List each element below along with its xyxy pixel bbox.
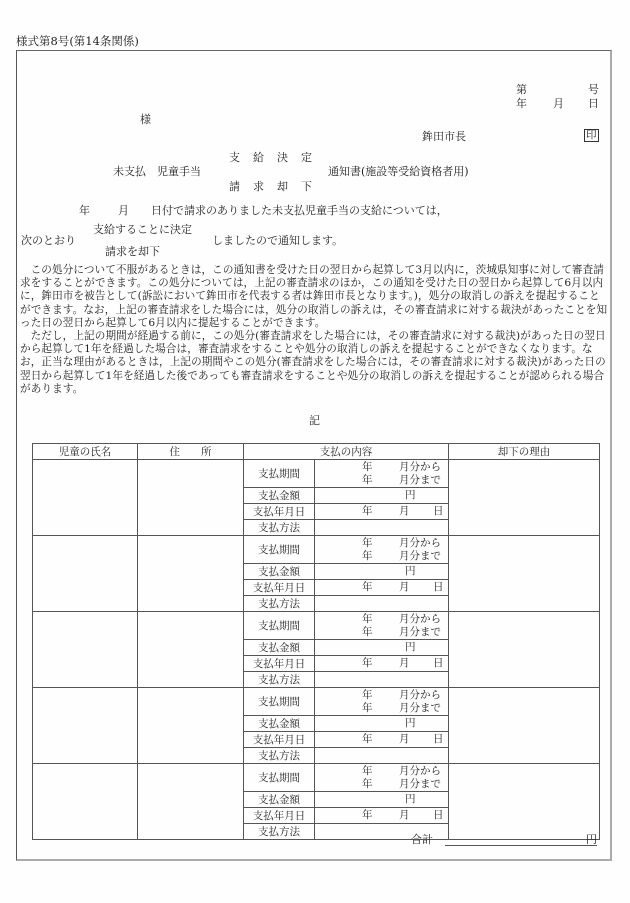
payment-amount-cell[interactable]: 円	[315, 716, 449, 732]
title-left: 未支払 児童手当	[113, 166, 201, 177]
total-underline	[445, 845, 597, 846]
payment-date-day: 日	[433, 658, 444, 669]
intro-suffix: しましたので通知します。	[212, 235, 343, 246]
label-payment-amount: 支払金額	[244, 488, 315, 504]
child-name-cell[interactable]	[33, 688, 138, 764]
period-from-month: 月分から	[399, 690, 441, 701]
payment-date-day: 日	[433, 810, 444, 821]
payment-amount-cell[interactable]: 円	[315, 640, 449, 656]
label-payment-amount: 支払金額	[244, 640, 315, 656]
payment-date-year: 年	[362, 734, 373, 745]
period-from-year: 年	[362, 690, 373, 701]
payment-table: 児童の氏名 住 所 支払の内容 却下の理由 支払期間 年 月分から 年 月分まで…	[32, 443, 600, 840]
label-payment-amount: 支払金額	[244, 716, 315, 732]
payment-period-cell[interactable]: 年 月分から 年 月分まで	[315, 612, 449, 640]
label-payment-date: 支払年月日	[244, 504, 315, 520]
label-payment-method: 支払方法	[244, 672, 315, 688]
payment-date-cell[interactable]: 年 月 日	[315, 656, 449, 672]
amount-unit: 円	[405, 794, 416, 805]
period-to-month: 月分まで	[399, 779, 441, 790]
child-name-cell[interactable]	[33, 612, 138, 688]
payment-date-year: 年	[362, 658, 373, 669]
period-from-month: 月分から	[399, 462, 441, 473]
intro-option-reject[interactable]: 請求を却下	[105, 246, 160, 257]
payment-method-cell[interactable]	[315, 596, 449, 612]
address-cell[interactable]	[138, 612, 244, 688]
payment-date-year: 年	[362, 582, 373, 593]
appeal-paragraph-1: この処分について不服があるときは，この通知書を受けた日の翌日から起算して3月以内…	[20, 264, 610, 330]
payment-date-cell[interactable]: 年 月 日	[315, 504, 449, 520]
payment-amount-cell[interactable]: 円	[315, 792, 449, 808]
document-number-field[interactable]	[514, 84, 594, 96]
date-day-label: 日	[588, 98, 599, 109]
period-to-year: 年	[362, 779, 373, 790]
payment-period-cell[interactable]: 年 月分から 年 月分まで	[315, 764, 449, 792]
payment-date-year: 年	[362, 506, 373, 517]
table-row: 支払期間 年 月分から 年 月分まで	[33, 536, 600, 564]
addressee-suffix: 様	[140, 114, 151, 125]
label-payment-period: 支払期間	[244, 612, 315, 640]
period-to-month: 月分まで	[399, 475, 441, 486]
number-suffix: 号	[588, 84, 599, 95]
amount-unit: 円	[405, 642, 416, 653]
period-to-year: 年	[362, 703, 373, 714]
address-cell[interactable]	[138, 536, 244, 612]
label-payment-date: 支払年月日	[244, 808, 315, 824]
rejection-reason-cell[interactable]	[449, 764, 600, 840]
period-from-month: 月分から	[399, 766, 441, 777]
intro-prefix: 次のとおり	[21, 235, 76, 246]
addressee-name-field[interactable]	[20, 112, 135, 126]
payment-date-month: 月	[399, 582, 410, 593]
period-from-month: 月分から	[399, 538, 441, 549]
child-name-cell[interactable]	[33, 460, 138, 536]
payment-amount-cell[interactable]: 円	[315, 488, 449, 504]
payment-period-cell[interactable]: 年 月分から 年 月分まで	[315, 460, 449, 488]
amount-unit: 円	[405, 490, 416, 501]
title-option-reject[interactable]: 請 求 却 下	[229, 181, 313, 192]
label-payment-amount: 支払金額	[244, 792, 315, 808]
amount-unit: 円	[405, 718, 416, 729]
label-payment-method: 支払方法	[244, 824, 315, 840]
label-payment-method: 支払方法	[244, 748, 315, 764]
address-cell[interactable]	[138, 764, 244, 840]
intro-month: 月	[118, 205, 129, 216]
amount-unit: 円	[405, 566, 416, 577]
child-name-cell[interactable]	[33, 536, 138, 612]
payment-date-month: 月	[399, 658, 410, 669]
table-row: 支払期間 年 月分から 年 月分まで	[33, 460, 600, 488]
payment-amount-cell[interactable]: 円	[315, 564, 449, 580]
payment-method-cell[interactable]	[315, 520, 449, 536]
payment-period-cell[interactable]: 年 月分から 年 月分まで	[315, 688, 449, 716]
table-row: 支払期間 年 月分から 年 月分まで	[33, 688, 600, 716]
label-payment-period: 支払期間	[244, 460, 315, 488]
payment-date-month: 月	[399, 734, 410, 745]
label-payment-period: 支払期間	[244, 688, 315, 716]
period-to-year: 年	[362, 627, 373, 638]
payment-date-cell[interactable]: 年 月 日	[315, 580, 449, 596]
table-header-row: 児童の氏名 住 所 支払の内容 却下の理由	[33, 444, 600, 460]
payment-period-cell[interactable]: 年 月分から 年 月分まで	[315, 536, 449, 564]
period-from-year: 年	[362, 462, 373, 473]
address-cell[interactable]	[138, 460, 244, 536]
period-from-month: 月分から	[399, 614, 441, 625]
rejection-reason-cell[interactable]	[449, 460, 600, 536]
header-payment-details: 支払の内容	[244, 444, 449, 460]
appeal-paragraph-2: ただし，上記の期間が経過する前に，この処分(審査請求をした場合には，その審査請求…	[20, 330, 610, 396]
seal-mark: 印	[584, 129, 599, 142]
title-right: 通知書(施設等受給資格者用)	[328, 166, 469, 177]
payment-date-cell[interactable]: 年 月 日	[315, 732, 449, 748]
intro-option-grant[interactable]: 支給することに決定	[93, 224, 192, 235]
date-year-label: 年	[516, 98, 527, 109]
rejection-reason-cell[interactable]	[449, 688, 600, 764]
form-label: 様式第8号(第14条関係)	[16, 36, 139, 48]
period-from-year: 年	[362, 766, 373, 777]
payment-date-day: 日	[433, 582, 444, 593]
label-payment-period: 支払期間	[244, 764, 315, 792]
payment-date-month: 月	[399, 506, 410, 517]
issuer-name: 鉾田市長	[422, 131, 466, 142]
total-label: 合計	[411, 834, 433, 845]
appeal-notice: この処分について不服があるときは，この通知書を受けた日の翌日から起算して3月以内…	[20, 264, 610, 396]
payment-date-day: 日	[433, 734, 444, 745]
period-to-month: 月分まで	[399, 551, 441, 562]
header-address: 住 所	[138, 444, 244, 460]
label-payment-amount: 支払金額	[244, 564, 315, 580]
table-row: 支払期間 年 月分から 年 月分まで	[33, 764, 600, 792]
address-cell[interactable]	[138, 688, 244, 764]
period-to-month: 月分まで	[399, 703, 441, 714]
period-to-year: 年	[362, 475, 373, 486]
total-unit: 円	[586, 834, 597, 845]
period-to-year: 年	[362, 551, 373, 562]
label-payment-date: 支払年月日	[244, 656, 315, 672]
total-amount-field[interactable]	[445, 832, 585, 845]
period-from-year: 年	[362, 614, 373, 625]
payment-method-cell[interactable]	[315, 672, 449, 688]
table-row: 支払期間 年 月分から 年 月分まで	[33, 612, 600, 640]
intro-year: 年	[79, 205, 90, 216]
child-name-cell[interactable]	[33, 764, 138, 840]
payment-date-cell[interactable]: 年 月 日	[315, 808, 449, 824]
label-payment-date: 支払年月日	[244, 732, 315, 748]
label-payment-method: 支払方法	[244, 520, 315, 536]
record-heading: 記	[309, 415, 320, 426]
payment-date-day: 日	[433, 506, 444, 517]
header-rejection-reason: 却下の理由	[449, 444, 600, 460]
label-payment-method: 支払方法	[244, 596, 315, 612]
header-child-name: 児童の氏名	[33, 444, 138, 460]
payment-date-year: 年	[362, 810, 373, 821]
rejection-reason-cell[interactable]	[449, 612, 600, 688]
rejection-reason-cell[interactable]	[449, 536, 600, 612]
payment-date-month: 月	[399, 810, 410, 821]
intro-line1: 日付で請求のありました未支払児童手当の支給については，	[151, 205, 448, 216]
period-from-year: 年	[362, 538, 373, 549]
title-option-grant[interactable]: 支 給 決 定	[229, 152, 313, 163]
date-month-label: 月	[553, 98, 564, 109]
label-payment-period: 支払期間	[244, 536, 315, 564]
period-to-month: 月分まで	[399, 627, 441, 638]
label-payment-date: 支払年月日	[244, 580, 315, 596]
payment-method-cell[interactable]	[315, 748, 449, 764]
